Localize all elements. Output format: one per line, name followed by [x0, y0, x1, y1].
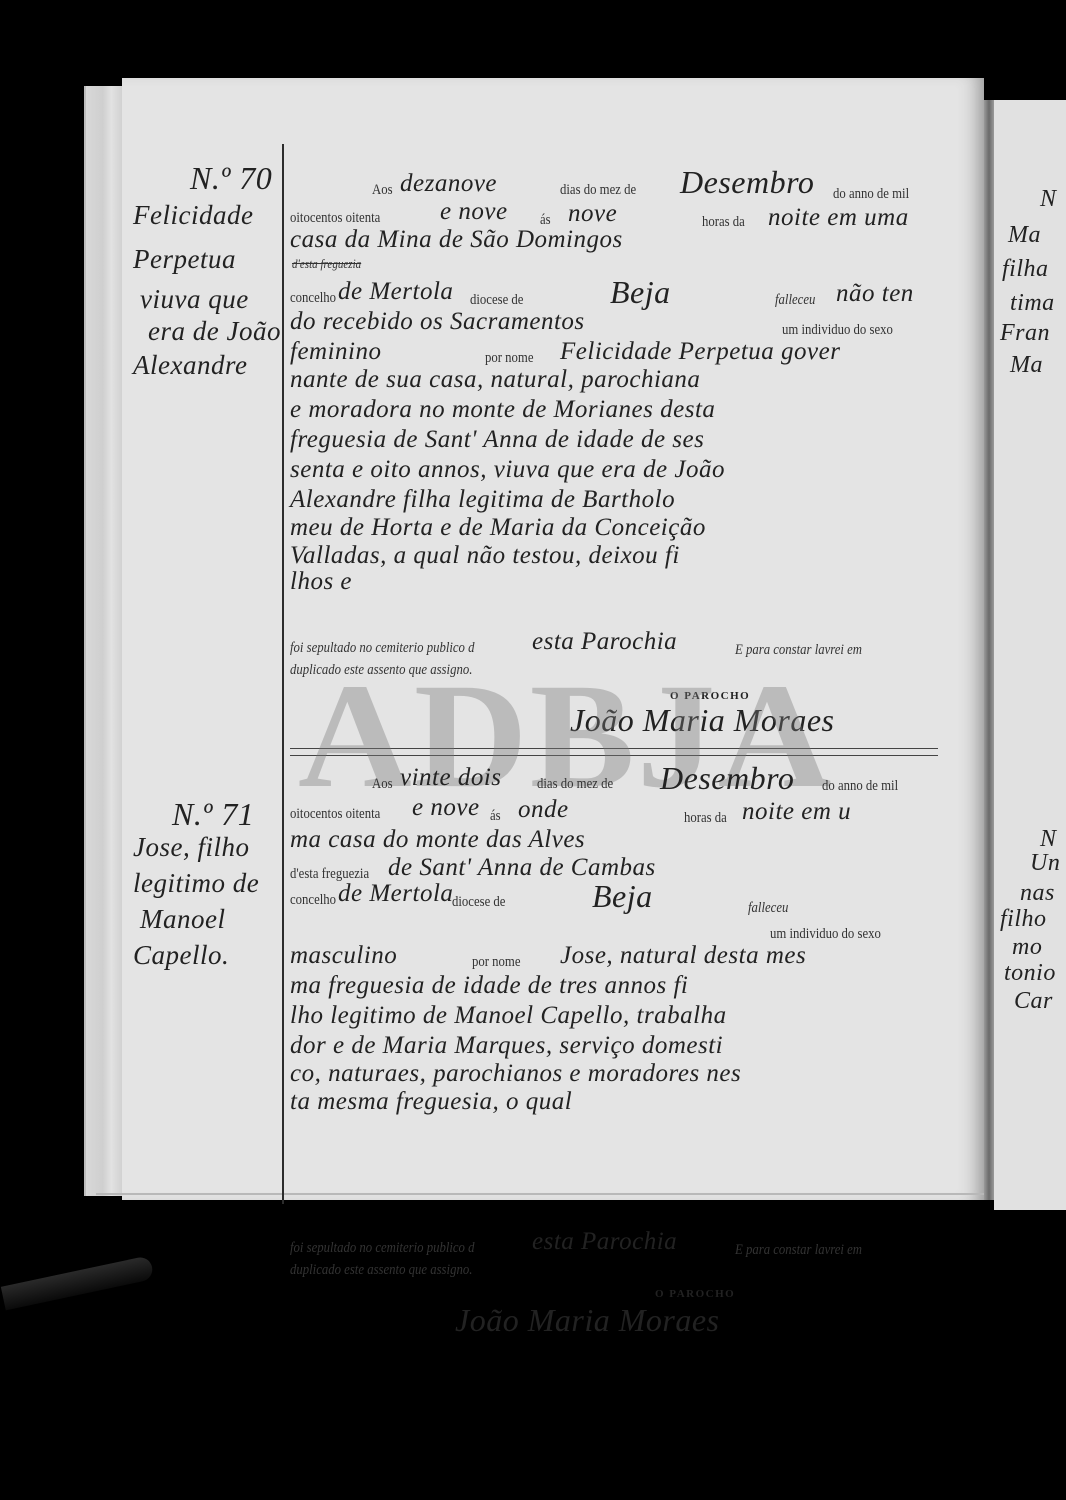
page-bottom-border [96, 1193, 984, 1195]
period-value: noite em uma [768, 204, 909, 232]
fragment-text: Car [1014, 988, 1053, 1015]
book-gutter [984, 100, 994, 1200]
concelho-value: de Mertola [338, 278, 453, 306]
printed-label: horas da [684, 810, 727, 827]
printed-label: um individuo do sexo [782, 322, 893, 339]
printed-label: duplicado este assento que assigno. [290, 1262, 472, 1279]
falleceu-note: não ten [836, 280, 914, 308]
struck-freguezia: d'esta freguezia [292, 256, 361, 272]
body-line: freguesia de Sant' Anna de idade de ses [290, 426, 704, 454]
printed-label: ás [490, 808, 501, 825]
month-value: Desembro [660, 760, 794, 797]
margin-note-line: Jose, filho [133, 832, 249, 863]
body-line: ma freguesia de idade de tres annos fi [290, 972, 688, 1000]
month-value: Desembro [680, 164, 814, 201]
entry-separator [290, 755, 938, 756]
fragment-text: filha [1002, 256, 1049, 283]
entry-number: N.º 70 [190, 160, 272, 197]
year-suffix: e nove [440, 198, 508, 226]
signature: João Maria Moraes [570, 702, 834, 739]
diocese-value: Beja [592, 878, 653, 915]
parocho-label: O PAROCHO [655, 1288, 735, 1300]
year-suffix: e nove [412, 794, 480, 822]
printed-label: E para constar lavrei em [735, 1242, 862, 1259]
printed-label: dias do mez de [537, 776, 613, 793]
diocese-value: Beja [610, 274, 671, 311]
name-value: Jose, natural desta mes [560, 942, 806, 970]
fragment-text: mo [1012, 934, 1042, 961]
body-line: meu de Horta e de Maria da Conceição [290, 514, 706, 542]
body-line: lhos e [290, 568, 352, 596]
body-line: e moradora no monte de Morianes desta [290, 396, 715, 424]
entry-separator [290, 748, 938, 749]
printed-label: Aos [372, 182, 393, 199]
signature: João Maria Moraes [455, 1302, 719, 1339]
fragment-text: tima [1010, 290, 1055, 317]
fragment-text: tonio [1004, 960, 1056, 987]
margin-note-line: Capello. [133, 940, 229, 971]
printed-label: foi sepultado no cemiterio publico d [290, 1240, 475, 1257]
body-line: Valladas, a qual não testou, deixou fi [290, 542, 680, 570]
day-value: vinte dois [400, 764, 502, 792]
pen-pointer [1, 1255, 155, 1310]
fragment-text: Un [1030, 850, 1060, 877]
printed-label: concelho [290, 892, 336, 909]
fragment-text: N [1040, 186, 1057, 213]
fragment-text: Fran [1000, 320, 1050, 347]
margin-note-line: Perpetua [133, 244, 236, 275]
printed-label: por nome [472, 954, 521, 971]
fragment-text: filho [1000, 906, 1047, 933]
margin-note-line: Alexandre [133, 350, 247, 381]
place-line: casa da Mina de São Domingos [290, 226, 623, 254]
sexo-value: masculino [290, 942, 397, 970]
fragment-text: nas [1020, 880, 1055, 907]
printed-label: foi sepultado no cemiterio publico d [290, 640, 475, 657]
printed-label: um individuo do sexo [770, 926, 881, 943]
place-line: ma casa do monte das Alves [290, 826, 585, 854]
burial-place: esta Parochia [532, 628, 677, 656]
fragment-text: N [1040, 826, 1057, 853]
margin-note-line: legitimo de [133, 868, 259, 899]
body-line: ta mesma freguesia, o qual [290, 1088, 572, 1116]
printed-label: E para constar lavrei em [735, 642, 862, 659]
printed-label: oitocentos oitenta [290, 210, 380, 227]
margin-note-line: viuva que [140, 284, 249, 315]
margin-divider-line [282, 144, 284, 1204]
body-line: co, naturaes, parochianos e moradores ne… [290, 1060, 741, 1088]
concelho-value: de Mertola [338, 880, 453, 908]
period-value: noite em u [742, 798, 851, 826]
sexo-value: feminino [290, 338, 382, 366]
printed-label: diocese de [470, 292, 523, 309]
margin-note-line: Felicidade [133, 200, 253, 231]
body-line: dor e de Maria Marques, serviço domesti [290, 1032, 723, 1060]
printed-label: por nome [485, 350, 534, 367]
printed-label: falleceu [775, 292, 815, 309]
hour-value: onde [518, 796, 569, 824]
body-line: senta e oito annos, viuva que era de Joã… [290, 456, 725, 484]
fragment-text: Ma [1010, 352, 1043, 379]
printed-label: diocese de [452, 894, 505, 911]
parocho-label: O PAROCHO [670, 690, 750, 702]
printed-label: falleceu [748, 900, 788, 917]
printed-label: Aos [372, 776, 393, 793]
printed-label: duplicado este assento que assigno. [290, 662, 472, 679]
printed-label: concelho [290, 290, 336, 307]
burial-place: esta Parochia [532, 1228, 677, 1256]
body-line: nante de sua casa, natural, parochiana [290, 366, 700, 394]
sacramentos-line: do recebido os Sacramentos [290, 308, 585, 336]
body-line: Alexandre filha legitima de Bartholo [290, 486, 675, 514]
margin-note-line: era de João [148, 316, 281, 347]
margin-note-line: Manoel [140, 904, 225, 935]
hour-value: nove [568, 200, 617, 228]
printed-label: dias do mez de [560, 182, 636, 199]
fragment-text: Ma [1008, 222, 1041, 249]
printed-label: horas da [702, 214, 745, 231]
printed-label: oitocentos oitenta [290, 806, 380, 823]
day-value: dezanove [400, 170, 497, 198]
name-value: Felicidade Perpetua gover [560, 338, 840, 366]
printed-label: do anno de mil [833, 186, 909, 203]
body-line: lho legitimo de Manoel Capello, trabalha [290, 1002, 727, 1030]
entry-number: N.º 71 [172, 796, 254, 833]
printed-label: do anno de mil [822, 778, 898, 795]
